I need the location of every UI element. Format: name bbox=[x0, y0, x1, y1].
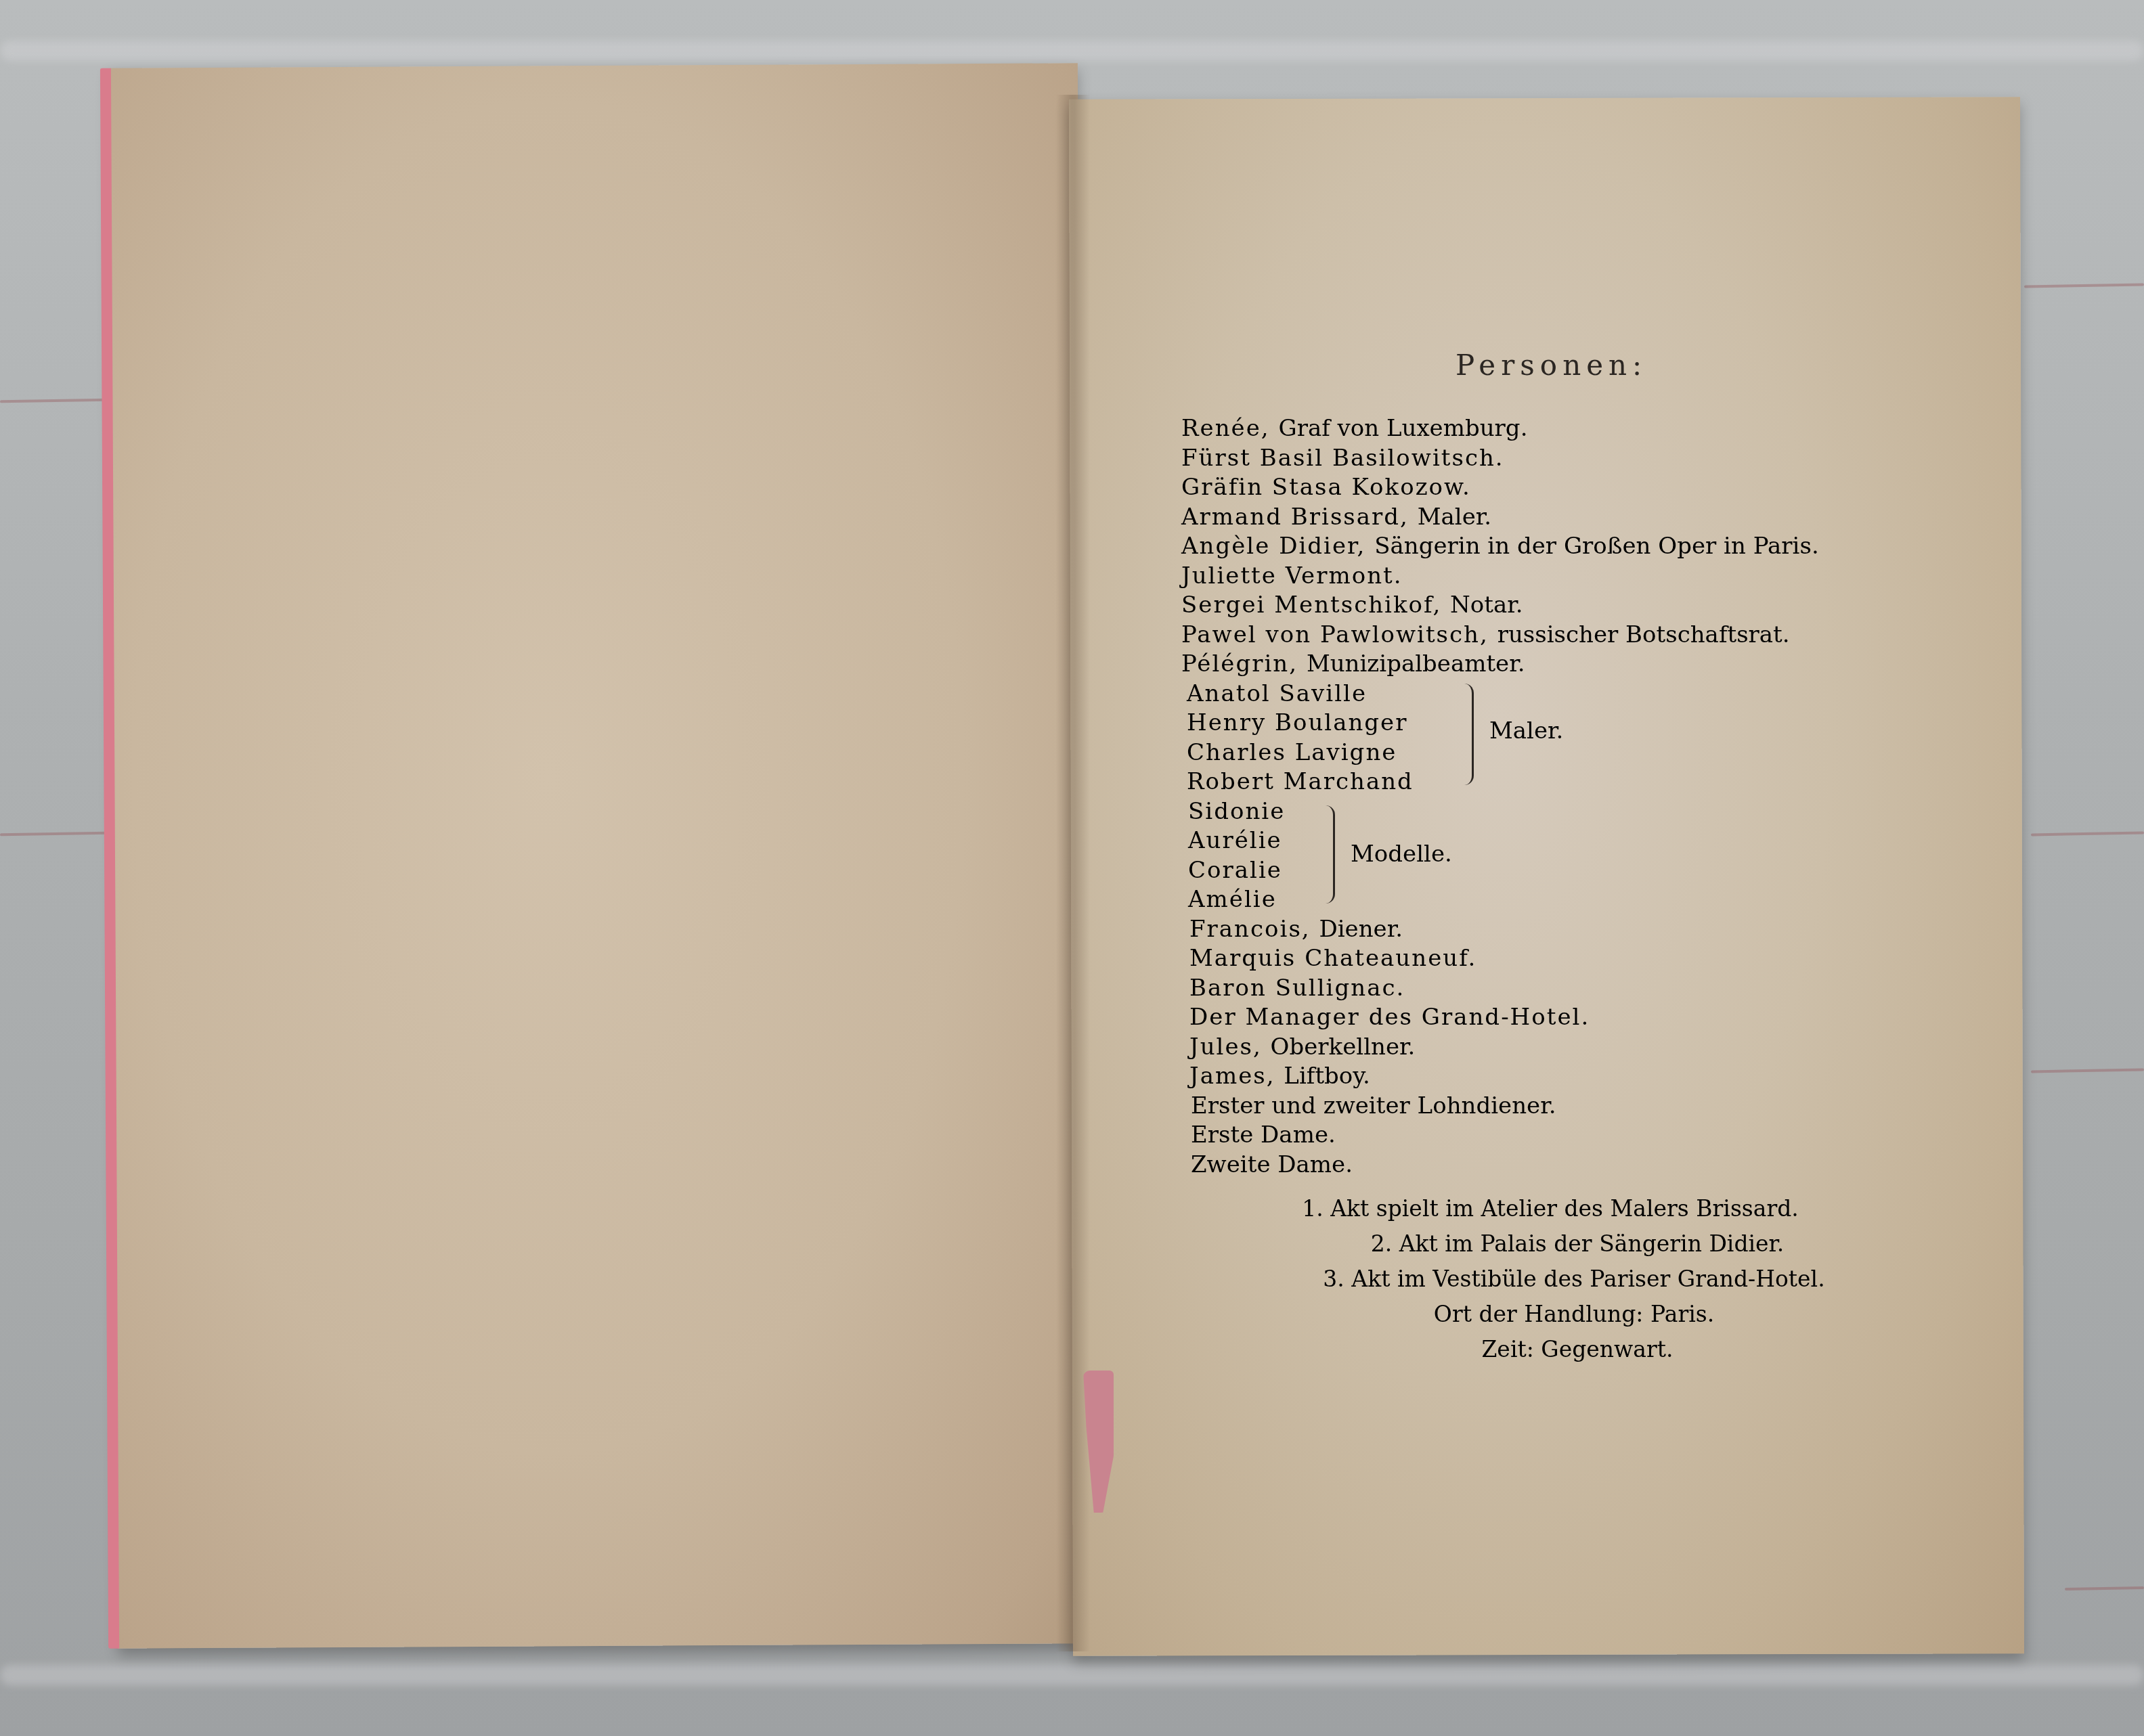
location-line: Ort der Handlung: Paris. bbox=[1178, 1297, 1923, 1332]
cast-entry: Erster und zweiter Lohndiener. bbox=[1181, 1092, 1819, 1121]
page-title: Personen: bbox=[1456, 349, 1647, 382]
model-name: Sidonie bbox=[1181, 797, 1819, 827]
cast-entry: James, Liftboy. bbox=[1181, 1062, 1819, 1092]
act-line: 2. Akt im Palais der Sängerin Didier. bbox=[1178, 1226, 1923, 1262]
model-name: Aurélie bbox=[1181, 826, 1819, 856]
marble-vein bbox=[0, 832, 108, 837]
cast-entry: Pawel von Pawlowitsch, russischer Botsch… bbox=[1181, 621, 1819, 650]
cast-list: Renée, Graf von Luxemburg. Fürst Basil B… bbox=[1181, 414, 1819, 1180]
model-name: Coralie bbox=[1181, 856, 1819, 886]
book-spine bbox=[1056, 95, 1090, 1651]
pink-cover-edge bbox=[100, 68, 119, 1649]
marble-vein bbox=[2031, 1069, 2144, 1073]
marble-vein bbox=[2024, 283, 2144, 288]
left-page-blank bbox=[110, 63, 1086, 1648]
model-name: Amélie bbox=[1181, 885, 1819, 915]
cast-entry: Pélégrin, Munizipalbeamter. bbox=[1181, 650, 1819, 680]
cast-entry: Gräfin Stasa Kokozow. bbox=[1181, 473, 1819, 503]
cast-entry: Juliette Vermont. bbox=[1181, 562, 1819, 592]
marble-highlight bbox=[0, 1665, 2144, 1685]
marble-vein bbox=[2065, 1586, 2144, 1590]
marble-vein bbox=[0, 399, 108, 403]
cast-entry: Armand Brissard, Maler. bbox=[1181, 503, 1819, 533]
curly-brace bbox=[1462, 684, 1474, 785]
time-line: Zeit: Gegenwart. bbox=[1178, 1332, 1923, 1367]
curly-brace bbox=[1323, 805, 1335, 904]
act-line: 1. Akt spielt im Atelier des Malers Bris… bbox=[1178, 1191, 1923, 1226]
painter-name: Anatol Saville bbox=[1181, 680, 1819, 709]
cast-entry: Der Manager des Grand-Hotel. bbox=[1181, 1003, 1819, 1033]
models-label: Modelle. bbox=[1351, 841, 1452, 868]
cast-entry: Baron Sullignac. bbox=[1181, 974, 1819, 1004]
painter-name: Robert Marchand bbox=[1181, 767, 1819, 797]
painters-label: Maler. bbox=[1489, 717, 1563, 744]
cast-entry: Renée, Graf von Luxemburg. bbox=[1181, 414, 1819, 444]
act-line: 3. Akt im Vestibüle des Pariser Grand-Ho… bbox=[1178, 1262, 1923, 1297]
cast-entry: Sergei Mentschikof, Notar. bbox=[1181, 591, 1819, 621]
cast-entry: Fürst Basil Basilowitsch. bbox=[1181, 444, 1819, 474]
cast-entry: Erste Dame. bbox=[1181, 1121, 1819, 1151]
cast-entry: Angèle Didier, Sängerin in der Großen Op… bbox=[1181, 532, 1819, 562]
cast-entry: Zweite Dame. bbox=[1181, 1151, 1819, 1180]
marble-highlight bbox=[0, 41, 2144, 61]
marble-vein bbox=[2031, 832, 2144, 837]
cast-entry: Marquis Chateauneuf. bbox=[1181, 944, 1819, 974]
acts-block: 1. Akt spielt im Atelier des Malers Bris… bbox=[1178, 1191, 1923, 1367]
cast-entry: Jules, Oberkellner. bbox=[1181, 1033, 1819, 1063]
cast-entry: Francois, Diener. bbox=[1181, 915, 1819, 945]
